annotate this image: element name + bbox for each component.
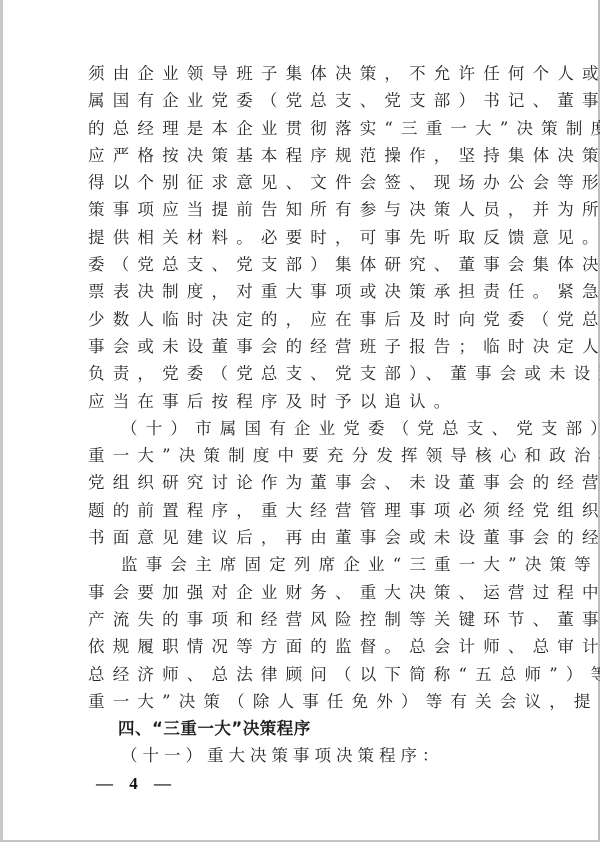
paragraph-decision-responsibility: 须由企业领导班子集体决策，不允许任何个人或少数人专断。市 属国有企业党委（党总支… [88,60,514,415]
text-line: 监事会主席固定列席企业“三重一大”决策等有关会议，监 [88,551,514,578]
text-line: 策事项应当提前告知所有参与决策人员，并为所有参与决策人员 [88,196,514,223]
text-line: 书面意见建议后，再由董事会或未设董事会的经营班子作出决定。 [88,524,514,551]
text-line: 重一大”决策（除人事任免外）等有关会议，提出专业建议。 [88,688,514,715]
page-frame-left [0,0,3,842]
text-line: 属国有企业党委（党总支、党支部）书记、董事长、未设董事会 [88,87,514,114]
text-line: 得以个别征求意见、文件会签、现场办公会等形式作出决策。决 [88,169,514,196]
text-line: 事会要加强对企业财务、重大决策、运营过程中可能涉及国有资 [88,579,514,606]
text-line: （十）市属国有企业党委（党总支、党支部）在贯彻落实“三 [88,415,514,442]
text-line: 依规履职情况等方面的监督。总会计师、总审计师、总工程师、 [88,633,514,660]
subsection-title: （十一）重大决策事项决策程序： [88,742,514,769]
text-line: 少数人临时决定的，应在事后及时向党委（党总支、党支部）、董 [88,306,514,333]
paragraph-party-committee-role: （十）市属国有企业党委（党总支、党支部）在贯彻落实“三 重一大”决策制度中要充分… [88,415,514,551]
paragraph-supervisory-board: 监事会主席固定列席企业“三重一大”决策等有关会议，监 事会要加强对企业财务、重大… [88,551,514,715]
text-line: 应当在事后按程序及时予以追认。 [88,388,514,415]
page-number: — 4 — [88,774,514,794]
text-line: 委（党总支、党支部）集体研究、董事会集体决策，落实一人一 [88,251,514,278]
document-page: 须由企业领导班子集体决策，不允许任何个人或少数人专断。市 属国有企业党委（党总支… [88,60,514,794]
text-line: 党组织研究讨论作为董事会、未设董事会的经营班子决策重大问 [88,469,514,496]
text-line: 产流失的事项和经营风险控制等关键环节、董事会和经营层依法 [88,606,514,633]
section-heading: 四、“三重一大”决策程序 [88,715,514,742]
text-line: 的总经理是本企业贯彻落实“三重一大”决策制度的主要负责人， [88,115,514,142]
text-line: 重一大”决策制度中要充分发挥领导核心和政治核心作用。确立 [88,442,514,469]
text-line: 须由企业领导班子集体决策，不允许任何个人或少数人专断。市 [88,60,514,87]
text-line: 负责，党委（党总支、党支部）、董事会或未设董事会的经营班子 [88,360,514,387]
text-line: 事会或未设董事会的经营班子报告；临时决定人应当对决策情况 [88,333,514,360]
text-line: 应严格按决策基本程序规范操作，坚持集体决策、民主决策，不 [88,142,514,169]
text-line: 提供相关材料。必要时，可事先听取反馈意见。强化重大问题党 [88,224,514,251]
text-line: 题的前置程序，重大经营管理事项必须经党组织研究讨论并形成 [88,497,514,524]
text-line: 票表决制度，对重大事项或决策承担责任。紧急情况下由个人或 [88,278,514,305]
text-line: 总经济师、总法律顾问（以下简称“五总师”）等固定列席参加“三 [88,661,514,688]
